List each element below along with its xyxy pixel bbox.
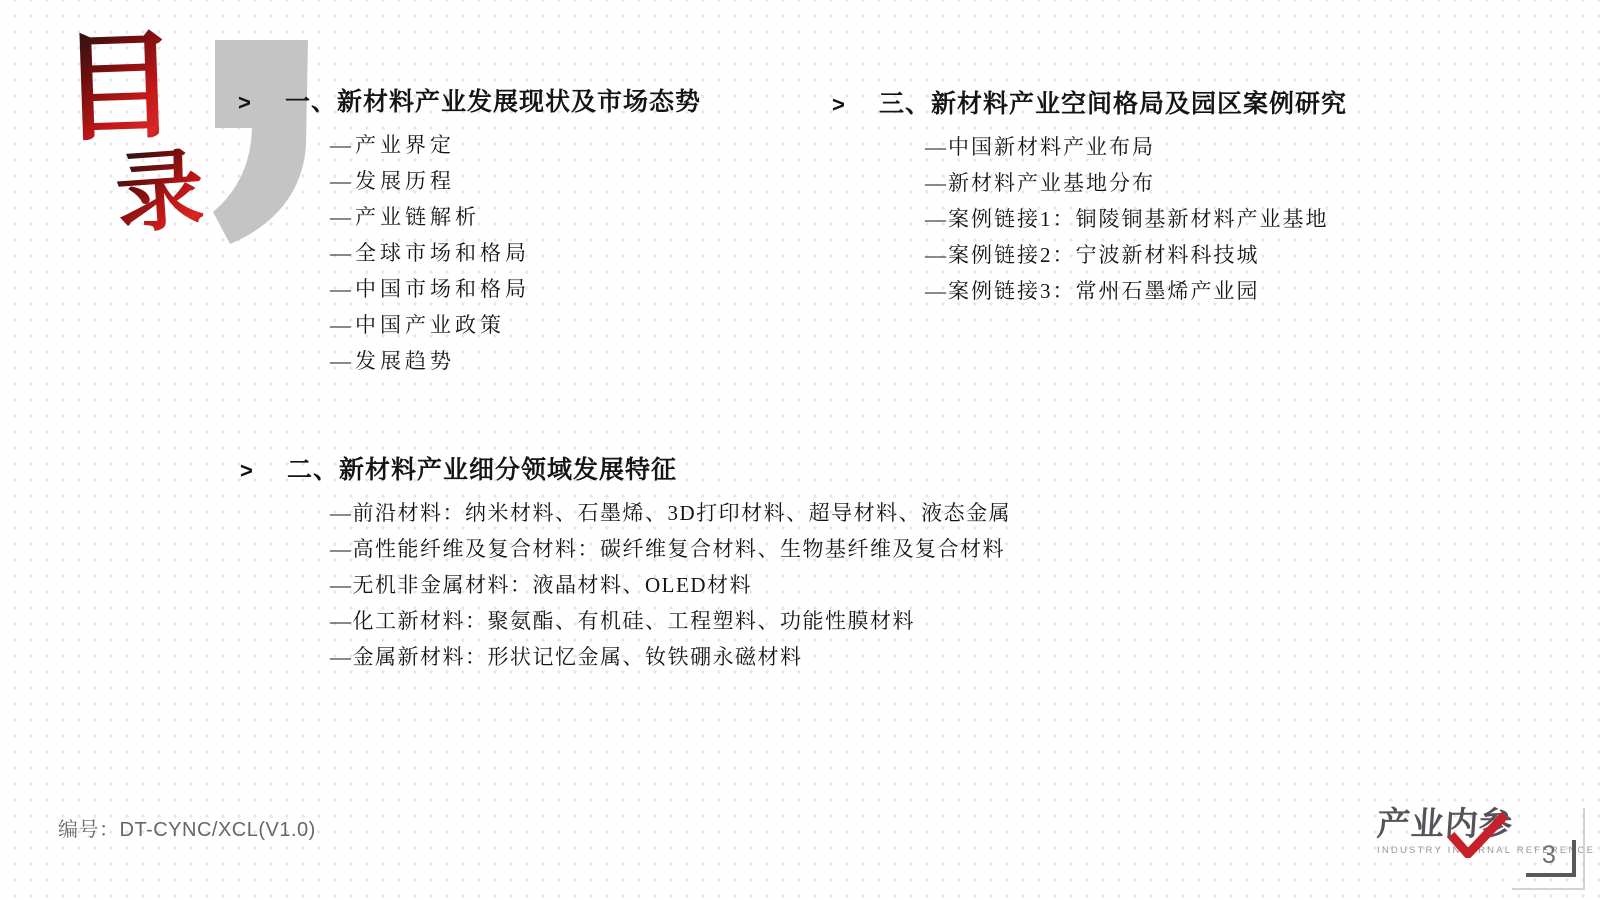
toc-item[interactable]: —案例链接1：铜陵铜基新材料产业基地 xyxy=(925,201,1347,237)
toc-item[interactable]: —案例链接2：宁波新材料科技城 xyxy=(925,237,1347,273)
toc-item[interactable]: —产业链解析 xyxy=(330,199,701,235)
chevron-right-icon: > xyxy=(240,458,287,484)
section-2-heading[interactable]: 二、新材料产业细分领域发展特征 xyxy=(287,450,677,486)
toc-section-3: > 三、新材料产业空间格局及园区案例研究 —中国新材料产业布局 —新材料产业基地… xyxy=(832,84,1347,309)
section-1-items: —产业界定 —发展历程 —产业链解析 —全球市场和格局 —中国市场和格局 —中国… xyxy=(330,127,701,379)
toc-item[interactable]: —新材料产业基地分布 xyxy=(925,165,1347,201)
section-1-heading[interactable]: 一、新材料产业发展现状及市场态势 xyxy=(285,82,701,118)
section-3-heading[interactable]: 三、新材料产业空间格局及园区案例研究 xyxy=(879,84,1347,120)
section-3-heading-row: > 三、新材料产业空间格局及园区案例研究 xyxy=(832,84,1347,120)
section-2-heading-row: > 二、新材料产业细分领域发展特征 xyxy=(240,450,1011,486)
toc-section-2: > 二、新材料产业细分领域发展特征 —前沿材料：纳米材料、石墨烯、3D打印材料、… xyxy=(240,450,1011,675)
toc-item[interactable]: —无机非金属材料：液晶材料、OLED材料 xyxy=(330,567,1011,603)
toc-item[interactable]: —高性能纤维及复合材料：碳纤维复合材料、生物基纤维及复合材料 xyxy=(330,531,1011,567)
chevron-right-icon: > xyxy=(832,92,879,118)
checkmark-icon xyxy=(1447,812,1509,863)
section-3-items: —中国新材料产业布局 —新材料产业基地分布 —案例链接1：铜陵铜基新材料产业基地… xyxy=(925,129,1347,309)
toc-item[interactable]: —发展历程 xyxy=(330,163,701,199)
toc-item[interactable]: —案例链接3：常州石墨烯产业园 xyxy=(925,273,1347,309)
section-2-items: —前沿材料：纳米材料、石墨烯、3D打印材料、超导材料、液态金属 —高性能纤维及复… xyxy=(330,495,1011,675)
doc-number: 编号：DT-CYNC/XCL(V1.0) xyxy=(58,813,316,842)
toc-item[interactable]: —中国市场和格局 xyxy=(330,271,701,307)
title-char-lu: 录 xyxy=(113,147,207,241)
toc-item[interactable]: —产业界定 xyxy=(330,127,701,163)
toc-item[interactable]: —金属新材料：形状记忆金属、钕铁硼永磁材料 xyxy=(330,639,1011,675)
chevron-right-icon: > xyxy=(238,90,285,116)
toc-item[interactable]: —中国产业政策 xyxy=(330,307,701,343)
toc-item[interactable]: —前沿材料：纳米材料、石墨烯、3D打印材料、超导材料、液态金属 xyxy=(330,495,1011,531)
toc-section-1: > 一、新材料产业发展现状及市场态势 —产业界定 —发展历程 —产业链解析 —全… xyxy=(238,82,701,379)
section-1-heading-row: > 一、新材料产业发展现状及市场态势 xyxy=(238,82,701,118)
toc-item[interactable]: —化工新材料：聚氨酯、有机硅、工程塑料、功能性膜材料 xyxy=(330,603,1011,639)
toc-item[interactable]: —发展趋势 xyxy=(330,343,701,379)
toc-item[interactable]: —中国新材料产业布局 xyxy=(925,129,1347,165)
toc-item[interactable]: —全球市场和格局 xyxy=(330,235,701,271)
page-number: 3 xyxy=(1534,841,1564,870)
slide-canvas: 目 录 > 一、新材料产业发展现状及市场态势 —产业界定 —发展历程 —产业链解… xyxy=(0,0,1600,900)
title-char-mu: 目 xyxy=(58,28,180,150)
